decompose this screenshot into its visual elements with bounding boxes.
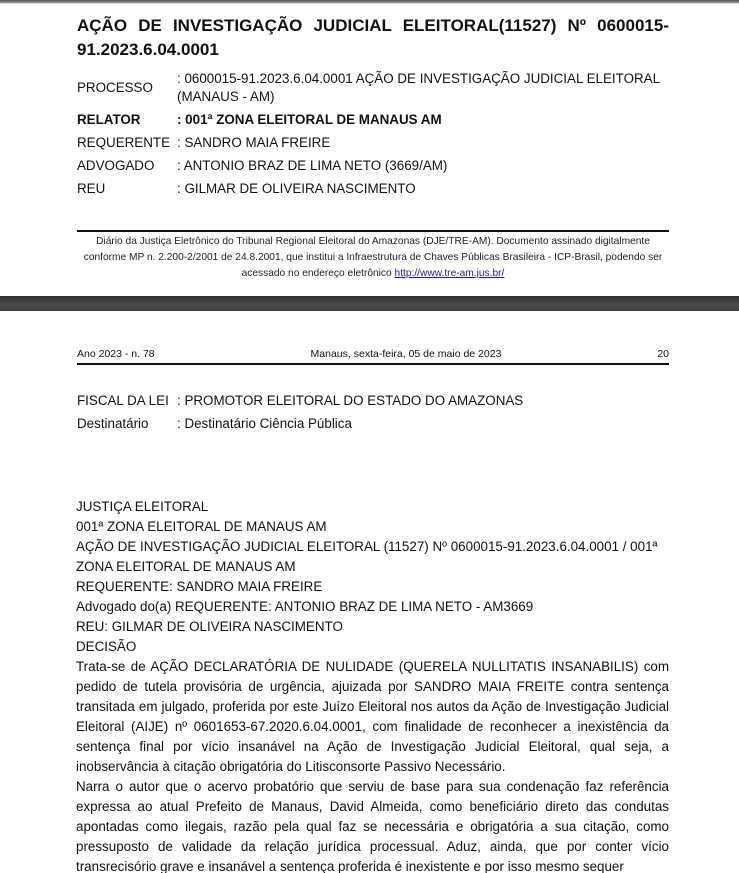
case-title: AÇÃO DE INVESTIGAÇÃO JUDICIAL ELEITORAL(… [77,14,669,62]
field-processo: PROCESSO : 0600015-91.2023.6.04.0001 AÇÃ… [77,70,677,106]
field-fiscal-da-lei: FISCAL DA LEI : PROMOTOR ELEITORAL DO ES… [77,391,677,411]
field-value: : ANTONIO BRAZ DE LIMA NETO (3669/AM) [177,157,677,175]
footer-link[interactable]: http://www.tre-am.jus.br/ [395,268,505,279]
advogado-line: Advogado do(a) REQUERENTE: ANTONIO BRAZ … [76,597,669,617]
court-name: JUSTIÇA ELEITORAL [76,497,669,517]
zone-name: 001ª ZONA ELEITORAL DE MANAUS AM [76,517,669,537]
field-value: : 0600015-91.2023.6.04.0001 AÇÃO DE INVE… [177,70,677,106]
page-footer-note: Diário da Justiça Eletrônico do Tribunal… [77,234,669,282]
field-value: : SANDRO MAIA FREIRE [177,134,677,152]
field-value: : PROMOTOR ELEITORAL DO ESTADO DO AMAZON… [177,391,677,411]
field-requerente: REQUERENTE : SANDRO MAIA FREIRE [77,134,677,152]
field-reu: REU : GILMAR DE OLIVEIRA NASCIMENTO [77,180,677,198]
field-label: ADVOGADO [77,157,177,175]
page-header: Ano 2023 - n. 78 Manaus, sexta-feira, 05… [77,346,669,362]
edition-label: Ano 2023 - n. 78 [77,348,155,360]
reu-line: REU: GILMAR DE OLIVEIRA NASCIMENTO [76,617,669,637]
field-label: REU [77,180,177,198]
section-heading-decisao: DECISÃO [76,637,669,657]
decision-body: JUSTIÇA ELEITORAL 001ª ZONA ELEITORAL DE… [76,497,669,873]
paragraph: Narra o autor que o acervo probatório qu… [76,777,669,873]
footer-divider [77,230,669,232]
header-divider [77,363,669,365]
page-number: 20 [657,348,669,360]
paragraph: Trata-se de AÇÃO DECLARATÓRIA DE NULIDAD… [76,657,669,777]
case-metadata-continued: FISCAL DA LEI : PROMOTOR ELEITORAL DO ES… [77,391,677,437]
page-separator [0,296,739,311]
field-destinatario: Destinatário : Destinatário Ciência Públ… [77,414,677,434]
field-label: PROCESSO [77,70,177,106]
field-value: : GILMAR DE OLIVEIRA NASCIMENTO [177,180,677,198]
field-relator: RELATOR : 001ª ZONA ELEITORAL DE MANAUS … [77,111,677,129]
field-label: RELATOR [77,111,177,129]
document-page-2: Ano 2023 - n. 78 Manaus, sexta-feira, 05… [0,311,739,873]
case-reference: AÇÃO DE INVESTIGAÇÃO JUDICIAL ELEITORAL … [76,537,669,577]
case-metadata: PROCESSO : 0600015-91.2023.6.04.0001 AÇÃ… [77,70,677,203]
field-label: FISCAL DA LEI [77,391,177,411]
field-value: : Destinatário Ciência Pública [177,414,677,434]
field-advogado: ADVOGADO : ANTONIO BRAZ DE LIMA NETO (36… [77,157,677,175]
document-page-1: AÇÃO DE INVESTIGAÇÃO JUDICIAL ELEITORAL(… [0,0,739,296]
footer-text: Diário da Justiça Eletrônico do Tribunal… [84,236,663,279]
date-label: Manaus, sexta-feira, 05 de maio de 2023 [311,348,502,360]
page-top-edge [0,0,739,4]
requerente-line: REQUERENTE: SANDRO MAIA FREIRE [76,577,669,597]
field-label: REQUERENTE [77,134,177,152]
field-value: : 001ª ZONA ELEITORAL DE MANAUS AM [177,111,677,129]
field-label: Destinatário [77,414,177,434]
